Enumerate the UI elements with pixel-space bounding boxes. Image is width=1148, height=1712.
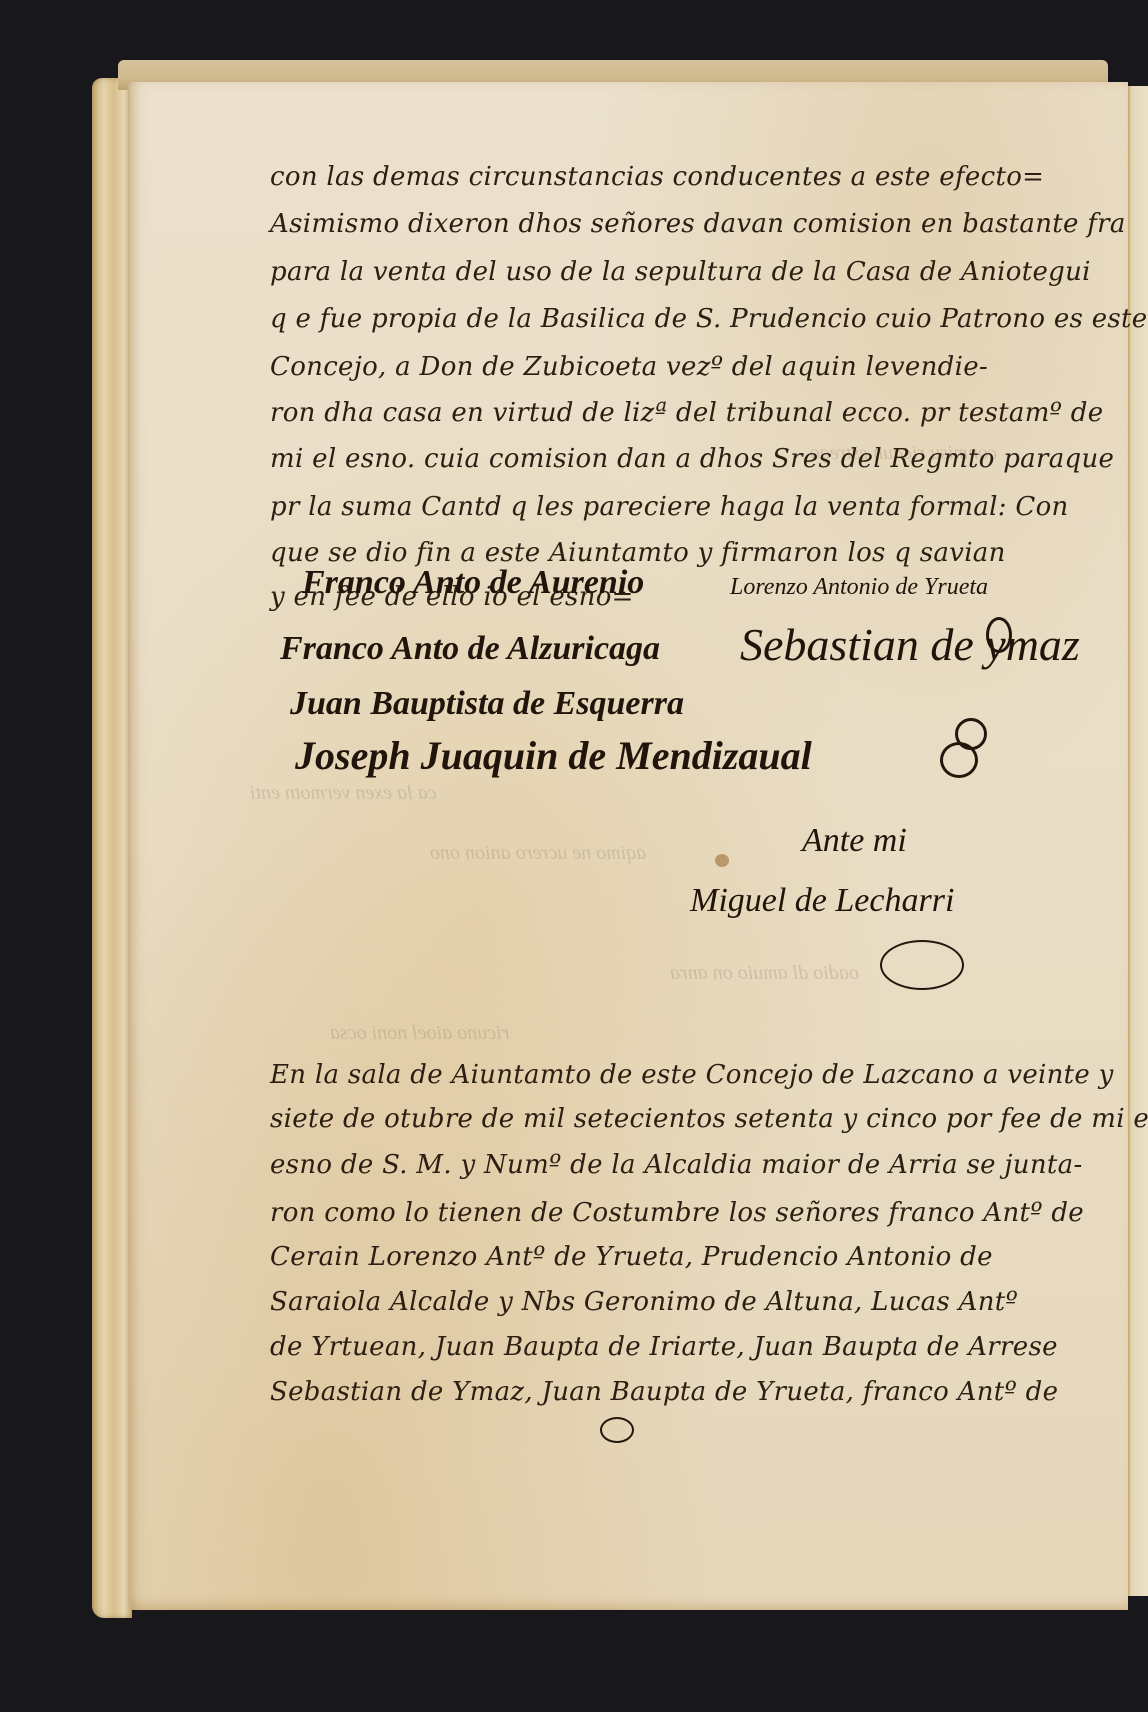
text-line: mi el esno. cuia comision dan a dhos Sre… — [270, 444, 1114, 474]
text-line: Concejo, a Don de Zubicoeta vezº del aqu… — [270, 352, 988, 382]
signature-yrueta: Lorenzo Antonio de Yrueta — [730, 574, 988, 601]
signature-sebastian: Sebastian de ymaz — [740, 618, 1080, 671]
text-line: Asimismo dixeron dhos señores davan comi… — [270, 209, 1126, 239]
text-line: Saraiola Alcalde y Nbs Geronimo de Altun… — [270, 1287, 1018, 1317]
text-line: Sebastian de Ymaz, Juan Baupta de Yrueta… — [270, 1377, 1058, 1407]
bleed-through: ca la exen vermotn enti — [250, 782, 437, 805]
manuscript-page: conmisu ricaun estrego ca la exen vermot… — [128, 82, 1128, 1610]
rubric-flourish — [940, 742, 978, 778]
bleed-through: oadio dl amuio on anra — [670, 962, 859, 985]
signature-mendizaual: Joseph Juaquin de Mendizaual — [295, 732, 812, 779]
text-line: para la venta del uso de la sepultura de… — [270, 257, 1091, 287]
text-line: ron dha casa en virtud de lizª del tribu… — [270, 398, 1103, 428]
page-stack-edge — [92, 78, 132, 1618]
signature-lecharri: Miguel de Lecharri — [690, 882, 954, 920]
text-line: Cerain Lorenzo Antº de Yrueta, Prudencio… — [270, 1242, 993, 1272]
text-line: q e fue propia de la Basilica de S. Prud… — [270, 304, 1148, 334]
notary-ante-mi: Ante mi — [802, 822, 907, 860]
text-line: siete de otubre de mil setecientos seten… — [270, 1104, 1148, 1134]
text-line: ron como lo tienen de Costumbre los seño… — [270, 1198, 1084, 1228]
bleed-through: ricuno aioel noni ocsa — [330, 1022, 509, 1045]
bleed-through: aqimo ne ucrero anion ono — [430, 842, 646, 865]
ink-stain — [715, 854, 729, 867]
signature-aurenio: Franco Anto de Aurenio — [302, 564, 644, 602]
catchword-flourish — [600, 1417, 634, 1443]
text-line: En la sala de Aiuntamto de este Concejo … — [270, 1060, 1114, 1090]
text-line: esno de S. M. y Numº de la Alcaldia maio… — [270, 1150, 1083, 1180]
text-line: con las demas circunstancias conducentes… — [270, 162, 1044, 192]
text-line: de Yrtuean, Juan Baupta de Iriarte, Juan… — [270, 1332, 1058, 1362]
notary-rubric — [880, 940, 964, 990]
signature-alzuricaga: Franco Anto de Alzuricaga — [280, 630, 660, 668]
signature-esquerra: Juan Bauptista de Esquerra — [290, 685, 684, 723]
text-line: pr la suma Cantd q les pareciere haga la… — [270, 492, 1069, 522]
